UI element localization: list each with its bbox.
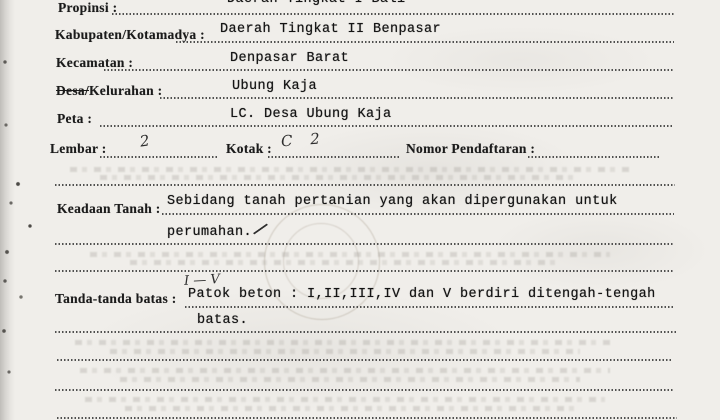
field-value-keadaan-line2: perumahan. — [167, 226, 252, 241]
dotted-line — [176, 41, 674, 43]
bleed-through-texture — [70, 167, 630, 172]
bleed-through-texture — [80, 368, 610, 373]
dotted-line — [55, 184, 675, 186]
dotted-line — [162, 213, 674, 215]
dotted-line — [57, 417, 677, 419]
dotted-line — [57, 359, 672, 361]
handwritten-note-patok-range: I — V — [184, 273, 220, 288]
dotted-line — [528, 156, 660, 158]
dotted-line — [160, 97, 674, 99]
page-edge-texture — [0, 0, 15, 420]
field-value-kabupaten: Daerah Tingkat II Benpasar — [220, 23, 441, 38]
dotted-line — [185, 306, 674, 308]
dotted-line — [55, 243, 674, 245]
bleed-through-texture — [75, 340, 615, 345]
bleed-through-texture — [100, 175, 580, 180]
bleed-through-texture — [110, 349, 580, 354]
field-label-lembar: Lembar : — [50, 142, 107, 157]
field-label-desa-kelurahan: Desa/Kelurahan : — [56, 84, 162, 99]
dotted-line — [100, 125, 674, 127]
field-value-tanda-line1: Patok beton : I,II,III,IV dan V berdiri … — [188, 288, 656, 303]
dotted-line — [55, 331, 677, 333]
field-label-peta: Peta : — [57, 112, 92, 127]
field-value-keadaan-line1: Sebidang tanah pertanian yang akan diper… — [167, 195, 618, 210]
field-label-tanda-batas: Tanda-tanda batas : — [55, 292, 177, 307]
handwritten-value-kotak: C 2 — [281, 132, 321, 150]
dotted-line — [268, 156, 400, 158]
field-value-peta: LC. Desa Ubung Kaja — [230, 108, 392, 123]
field-value-kecamatan: Denpasar Barat — [230, 52, 349, 67]
dotted-line — [55, 389, 674, 391]
struck-word-desa: Desa/ — [56, 83, 89, 98]
bleed-through-texture — [125, 406, 575, 411]
dotted-line — [104, 69, 674, 71]
bleed-through-texture — [120, 377, 580, 382]
field-label-kotak: Kotak : — [226, 142, 272, 157]
field-label-keadaan-tanah: Keadaan Tanah : — [57, 202, 161, 217]
dotted-line — [112, 13, 674, 15]
dotted-line — [55, 270, 674, 272]
field-label-propinsi: Propinsi : — [58, 1, 117, 16]
field-value-desa-kelurahan: Ubung Kaja — [232, 80, 317, 95]
scanned-form-document: Propinsi : Daerah Tingkat I Bali Kabupat… — [0, 0, 720, 420]
field-label-nomor-pendaftaran: Nomor Pendaftaran : — [406, 142, 535, 157]
handwritten-check-mark — [253, 223, 268, 234]
bleed-through-texture — [85, 397, 605, 402]
field-value-tanda-line2: batas. — [197, 314, 248, 329]
handwritten-value-lembar: 2 — [139, 133, 151, 149]
label-word-kelurahan: Kelurahan : — [89, 83, 162, 98]
field-value-propinsi: Daerah Tingkat I Bali — [227, 0, 406, 8]
dotted-line — [100, 156, 218, 158]
